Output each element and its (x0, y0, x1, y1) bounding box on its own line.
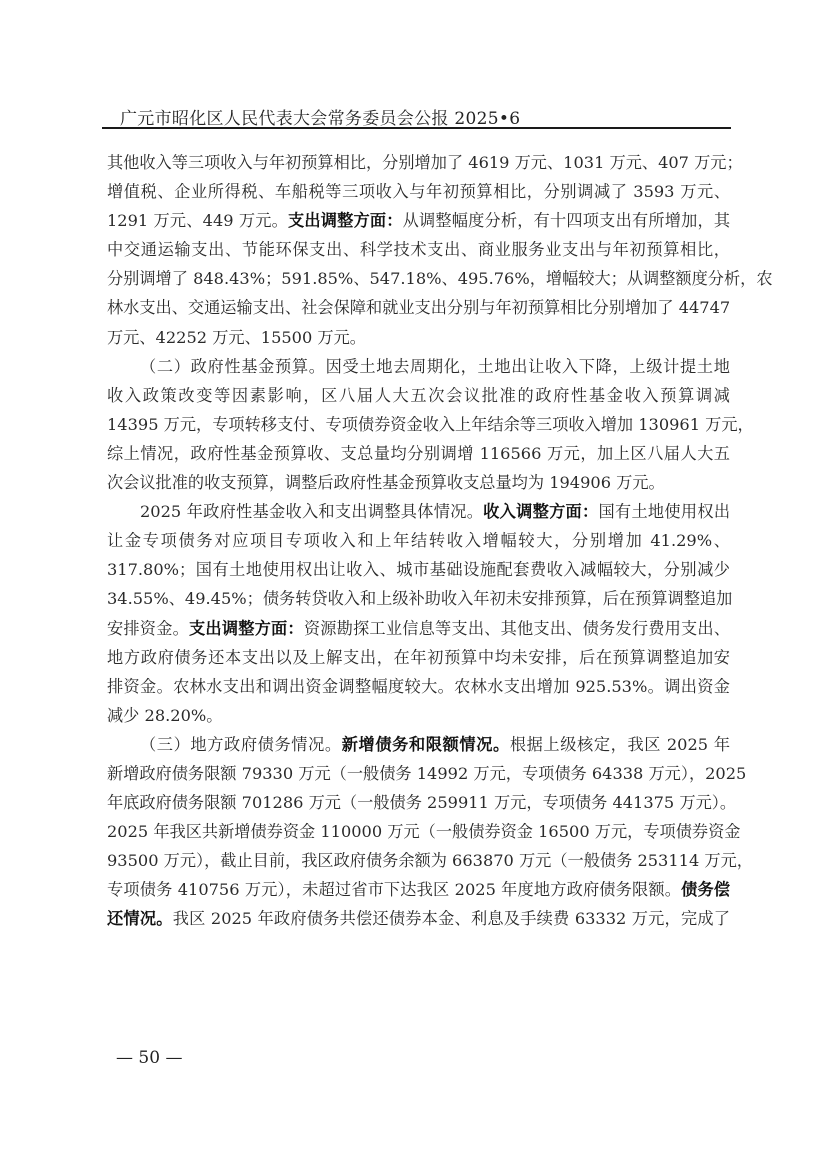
body-text: 增值税、企业所得税、车船税等三项收入与年初预算相比，分别调减了 3593 万元、 (107, 182, 730, 201)
text-line: 其他收入等三项收入与年初预算相比，分别增加了 4619 万元、1031 万元、4… (107, 148, 730, 177)
bold-heading-text: 还情况。 (107, 909, 173, 928)
text-line: 317.80%；国有土地使用权出让收入、城市基础设施配套费收入减幅较大，分别减少 (107, 555, 730, 584)
text-line: 增值税、企业所得税、车船税等三项收入与年初预算相比，分别调减了 3593 万元、 (107, 177, 730, 206)
text-line: 收入政策改变等因素影响，区八届人大五次会议批准的政府性基金收入预算调减 (107, 381, 730, 410)
bold-heading-text: 收入调整方面： (483, 502, 598, 521)
text-line: 林水支出、交通运输支出、社会保障和就业支出分别与年初预算相比分别增加了 4474… (107, 293, 730, 322)
text-line: 安排资金。支出调整方面：资源勘探工业信息等支出、其他支出、债务发行费用支出、 (107, 614, 730, 643)
body-text: 14395 万元，专项转移支付、专项债券资金收入上年结余等三项收入增加 1309… (107, 415, 754, 434)
text-line: 次会议批准的收支预算，调整后政府性基金预算收支总量均为 194906 万元。 (107, 468, 730, 497)
body-text: 34.55%、49.45%；债务转贷收入和上级补助收入年初未安排预算，后在预算调… (107, 589, 732, 608)
body-text: 其他收入等三项收入与年初预算相比，分别增加了 4619 万元、1031 万元、4… (107, 153, 743, 172)
text-line: 让金专项债务对应项目专项收入和上年结转收入增幅较大，分别增加 41.29%、 (107, 526, 730, 555)
header-divider (102, 127, 731, 129)
bold-heading-text: 支出调整方面： (189, 619, 304, 638)
body-text: （二）政府性基金预算。因受土地去周期化，土地出让收入下降，上级计提土地 (140, 357, 730, 376)
text-line: 分别调增了 848.43%；591.85%、547.18%、495.76%，增幅… (107, 264, 730, 293)
body-text: 资源勘探工业信息等支出、其他支出、债务发行费用支出、 (304, 619, 730, 638)
body-text: 1291 万元、449 万元。 (107, 211, 288, 230)
body-text: 根据上级核定，我区 2025 年 (510, 735, 730, 754)
body-text: 年底政府债务限额 701286 万元（一般债务 259911 万元，专项债务 4… (107, 793, 736, 812)
body-text: 综上情况，政府性基金预算收、支总量均分别调增 116566 万元，加上区八届人大… (107, 444, 730, 463)
text-line: 排资金。农林水支出和调出资金调整幅度较大。农林水支出增加 925.53%。调出资… (107, 672, 730, 701)
body-text: 我区 2025 年政府债务共偿还债券本金、利息及手续费 63332 万元，完成了 (173, 909, 730, 928)
body-text: 让金专项债务对应项目专项收入和上年结转收入增幅较大，分别增加 41.29%、 (107, 531, 730, 550)
body-text: 93500 万元），截止目前，我区政府债务余额为 663870 万元（一般债务 … (107, 851, 753, 870)
text-line: 还情况。我区 2025 年政府债务共偿还债券本金、利息及手续费 63332 万元… (107, 904, 730, 933)
body-text: 地方政府债务还本支出以及上解支出，在年初预算中均未安排，后在预算调整追加安 (107, 648, 730, 667)
document-body: 其他收入等三项收入与年初预算相比，分别增加了 4619 万元、1031 万元、4… (107, 148, 730, 934)
text-line: 减少 28.20%。 (107, 701, 730, 730)
body-text: 中交通运输支出、节能环保支出、科学技术支出、商业服务业支出与年初预算相比， (107, 240, 730, 259)
text-line: 中交通运输支出、节能环保支出、科学技术支出、商业服务业支出与年初预算相比， (107, 235, 730, 264)
bold-heading-text: 债务偿 (681, 880, 730, 899)
text-line: （三）地方政府债务情况。新增债务和限额情况。根据上级核定，我区 2025 年 (107, 730, 730, 759)
text-line: 14395 万元，专项转移支付、专项债券资金收入上年结余等三项收入增加 1309… (107, 410, 730, 439)
text-line: 34.55%、49.45%；债务转贷收入和上级补助收入年初未安排预算，后在预算调… (107, 584, 730, 613)
body-text: （三）地方政府债务情况。 (140, 735, 342, 754)
body-text: 317.80%；国有土地使用权出让收入、城市基础设施配套费收入减幅较大，分别减少 (107, 560, 730, 579)
text-line: 地方政府债务还本支出以及上解支出，在年初预算中均未安排，后在预算调整追加安 (107, 643, 730, 672)
body-text: 收入政策改变等因素影响，区八届人大五次会议批准的政府性基金收入预算调减 (107, 386, 730, 405)
body-text: 国有土地使用权出 (599, 502, 731, 521)
text-line: 专项债务 410756 万元），未超过省市下达我区 2025 年度地方政府债务限… (107, 875, 730, 904)
body-text: 安排资金。 (107, 619, 189, 638)
body-text: 新增政府债务限额 79330 万元（一般债务 14992 万元，专项债务 643… (107, 764, 746, 783)
text-line: 1291 万元、449 万元。支出调整方面：从调整幅度分析，有十四项支出有所增加… (107, 206, 730, 235)
text-line: 2025 年我区共新增债券资金 110000 万元（一般债券资金 16500 万… (107, 817, 730, 846)
text-line: 万元、42252 万元、15500 万元。 (107, 323, 730, 352)
bulletin-header-title: 广元市昭化区人民代表大会常务委员会公报 2025•6 (120, 104, 520, 129)
page-number: — 50 — (116, 1048, 182, 1068)
body-text: 排资金。农林水支出和调出资金调整幅度较大。农林水支出增加 925.53%。调出资… (107, 677, 730, 696)
bold-heading-text: 新增债务和限额情况。 (342, 735, 510, 754)
body-text: 减少 28.20%。 (107, 706, 222, 725)
text-line: 综上情况，政府性基金预算收、支总量均分别调增 116566 万元，加上区八届人大… (107, 439, 730, 468)
text-line: 新增政府债务限额 79330 万元（一般债务 14992 万元，专项债务 643… (107, 759, 730, 788)
text-line: （二）政府性基金预算。因受土地去周期化，土地出让收入下降，上级计提土地 (107, 352, 730, 381)
body-text: 次会议批准的收支预算，调整后政府性基金预算收支总量均为 194906 万元。 (107, 473, 665, 492)
body-text: 分别调增了 848.43%；591.85%、547.18%、495.76%，增幅… (107, 269, 773, 288)
text-line: 2025 年政府性基金收入和支出调整具体情况。收入调整方面：国有土地使用权出 (107, 497, 730, 526)
bold-heading-text: 支出调整方面： (288, 211, 403, 230)
body-text: 2025 年我区共新增债券资金 110000 万元（一般债券资金 16500 万… (107, 822, 740, 841)
body-text: 专项债务 410756 万元），未超过省市下达我区 2025 年度地方政府债务限… (107, 880, 681, 899)
body-text: 万元、42252 万元、15500 万元。 (107, 328, 366, 347)
body-text: 林水支出、交通运输支出、社会保障和就业支出分别与年初预算相比分别增加了 4474… (107, 298, 730, 317)
text-line: 93500 万元），截止目前，我区政府债务余额为 663870 万元（一般债务 … (107, 846, 730, 875)
text-line: 年底政府债务限额 701286 万元（一般债务 259911 万元，专项债务 4… (107, 788, 730, 817)
body-text: 2025 年政府性基金收入和支出调整具体情况。 (140, 502, 483, 521)
body-text: 从调整幅度分析，有十四项支出有所增加，其 (403, 211, 730, 230)
